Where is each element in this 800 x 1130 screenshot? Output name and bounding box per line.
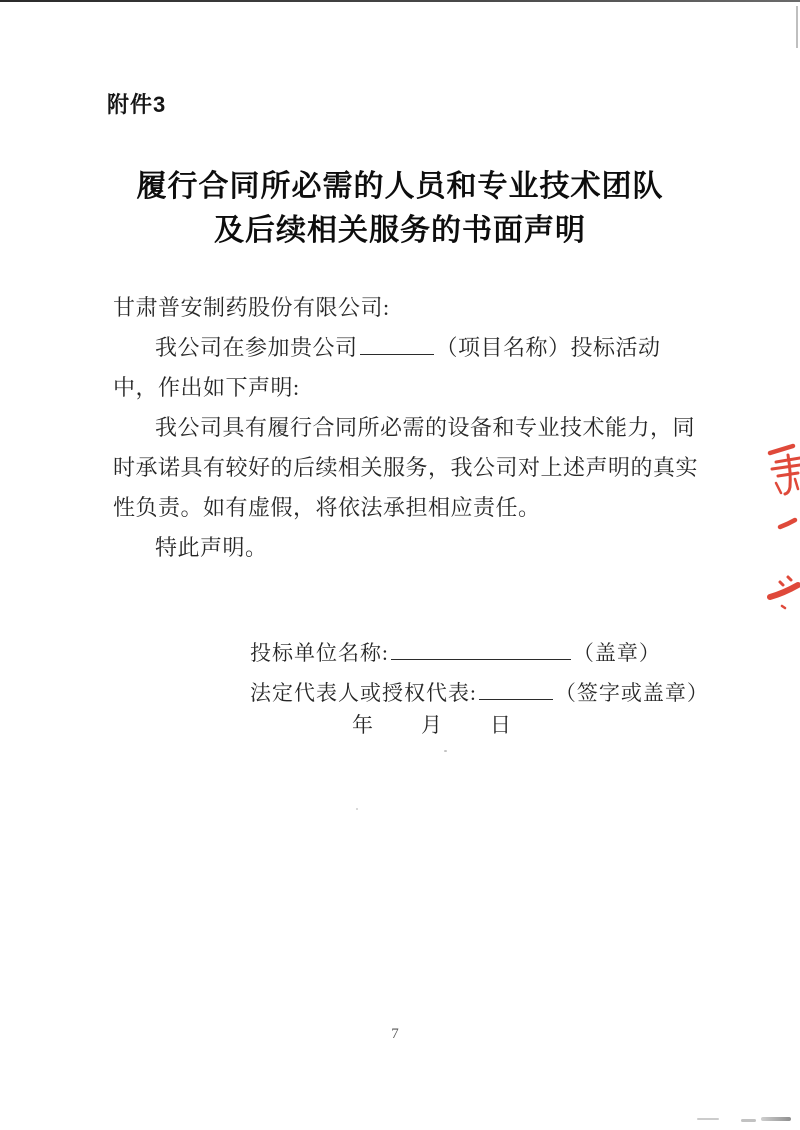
paragraph1-text-before-blank: 我公司在参加贵公司 (155, 335, 358, 360)
document-body: 甘肃普安制药股份有限公司: 我公司在参加贵公司（项目名称）投标活动 中，作出如下… (113, 288, 695, 568)
paragraph2-line2: 时承诺具有较好的后续相关服务，我公司对上述声明的真实 (113, 448, 695, 488)
attachment-label: 附件3 (107, 88, 166, 119)
paragraph2-line1: 我公司具有履行合同所必需的设备和专业技术能力，同 (113, 408, 695, 448)
paragraph3-declaration: 特此声明。 (113, 528, 695, 568)
salutation: 甘肃普安制药股份有限公司: (113, 288, 695, 328)
legal-representative-seal-note: （签字或盖章） (555, 681, 709, 705)
document-page: 附件3 履行合同所必需的人员和专业技术团队 及后续相关服务的书面声明 甘肃普安制… (0, 0, 800, 1130)
scan-right-edge-artifact (796, 6, 798, 48)
legal-representative-blank-line (479, 678, 553, 700)
scan-speck (444, 750, 447, 752)
bidder-unit-label: 投标单位名称: (250, 641, 389, 665)
paragraph1-line1: 我公司在参加贵公司（项目名称）投标活动 (113, 328, 695, 368)
scan-smudge (741, 1119, 756, 1122)
project-name-blank-line (360, 332, 434, 355)
paragraph1-line2: 中，作出如下声明: (113, 368, 695, 408)
paragraph2-line3: 性负责。如有虚假，将依法承担相应责任。 (113, 488, 695, 528)
bidder-unit-row: 投标单位名称:（盖章） (250, 637, 661, 667)
scan-speck (356, 808, 358, 810)
document-title: 履行合同所必需的人员和专业技术团队 及后续相关服务的书面声明 (0, 165, 800, 253)
red-stamp-fragment (750, 435, 800, 615)
legal-representative-label: 法定代表人或授权代表: (250, 681, 477, 705)
bidder-unit-seal-note: （盖章） (573, 641, 661, 665)
paragraph1-text-after-blank: （项目名称）投标活动 (436, 335, 661, 360)
document-title-line2: 及后续相关服务的书面声明 (0, 209, 800, 253)
date-line: 年 月 日 (352, 709, 513, 739)
document-title-line1: 履行合同所必需的人员和专业技术团队 (0, 165, 800, 209)
scan-smudge (761, 1117, 791, 1121)
scan-top-edge-artifact (0, 0, 800, 2)
page-number: 7 (0, 1026, 790, 1043)
scan-smudge (697, 1118, 719, 1120)
legal-representative-row: 法定代表人或授权代表:（签字或盖章） (250, 677, 709, 707)
bidder-unit-blank-line (391, 638, 571, 660)
